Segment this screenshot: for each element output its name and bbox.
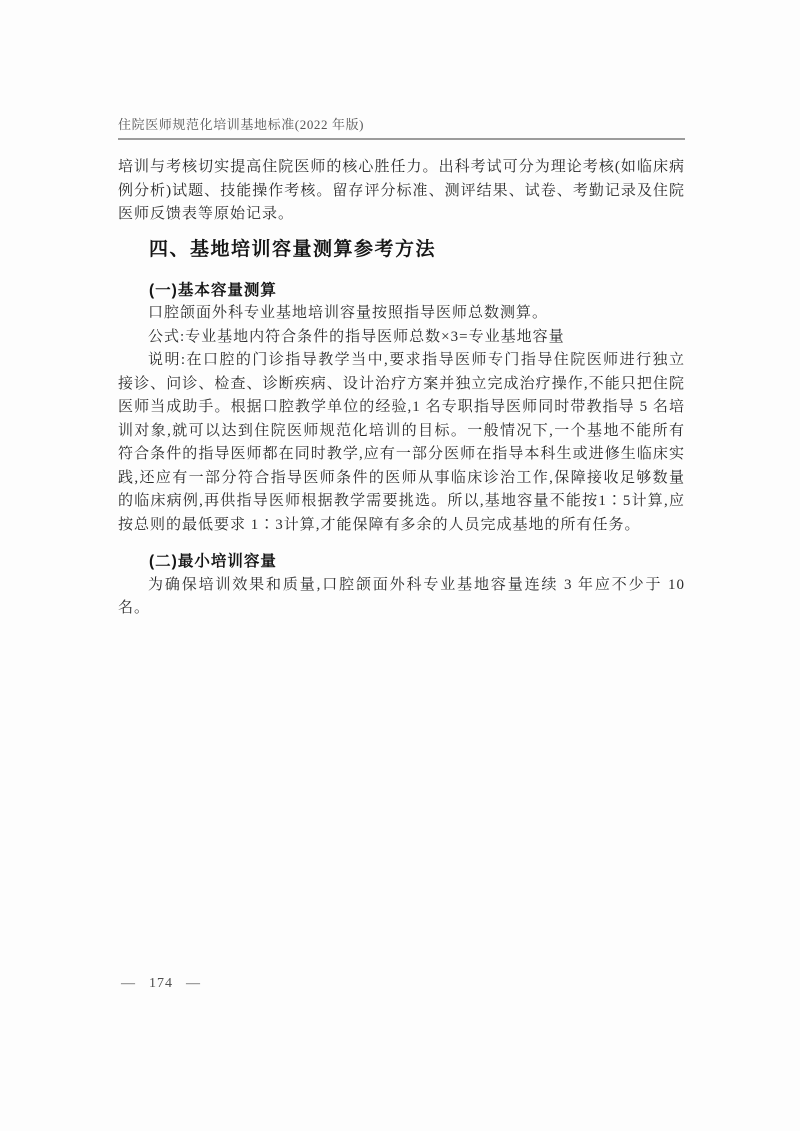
page-footer: —174—	[121, 976, 201, 992]
subsection-basic-capacity: (一)基本容量测算 口腔颌面外科专业基地培训容量按照指导医师总数测算。 公式:专…	[118, 279, 685, 538]
page-number: 174	[149, 976, 173, 991]
intro-paragraph: 培训与考核切实提高住院医师的核心胜任力。出科考试可分为理论考核(如临床病例分析)…	[118, 156, 685, 227]
footer-dash-left: —	[121, 976, 136, 991]
subsection-heading: (二)最小培训容量	[118, 550, 685, 574]
paragraph-explanation: 说明:在口腔的门诊指导教学当中,要求指导医师专门指导住院医师进行独立接诊、问诊、…	[118, 349, 685, 537]
running-header: 住院医师规范化培训基地标准(2022 年版)	[118, 117, 685, 140]
paragraph-capacity-measure: 口腔颌面外科专业基地培训容量按照指导医师总数测算。	[118, 302, 685, 326]
section-heading: 四、基地培训容量测算参考方法	[118, 238, 685, 261]
header-rule	[118, 138, 685, 140]
footer-dash-right: —	[186, 976, 201, 991]
running-header-title: 住院医师规范化培训基地标准(2022 年版)	[118, 117, 685, 133]
paragraph-minimum: 为确保培训效果和质量,口腔颌面外科专业基地容量连续 3 年应不少于 10 名。	[118, 574, 685, 621]
paragraph-formula: 公式:专业基地内符合条件的指导医师总数×3=专业基地容量	[118, 326, 685, 350]
document-page: 住院医师规范化培训基地标准(2022 年版) 培训与考核切实提高住院医师的核心胜…	[0, 0, 800, 1131]
subsection-heading: (一)基本容量测算	[118, 279, 685, 303]
subsection-minimum-capacity: (二)最小培训容量 为确保培训效果和质量,口腔颌面外科专业基地容量连续 3 年应…	[118, 550, 685, 621]
